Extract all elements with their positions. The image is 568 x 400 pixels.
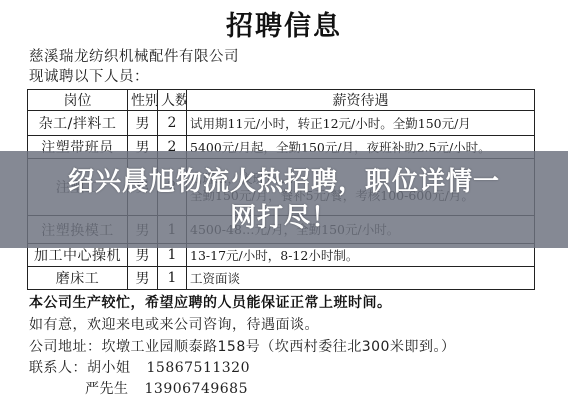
header-count: 人数 xyxy=(158,90,187,111)
header-position: 岗位 xyxy=(28,90,128,111)
contact-phone: 13906749685 xyxy=(145,381,248,397)
headline-line-1: 绍兴晨旭物流火热招聘，职位详情一 xyxy=(0,164,568,200)
contact-line-2: 严先生13906749685 xyxy=(29,378,248,398)
document-title: 招聘信息 xyxy=(0,4,568,43)
note-address: 公司地址：坎墩工业园顺泰路158号（坎西村委往北300米即到。） xyxy=(29,336,455,356)
cell-position: 杂工/拌料工 xyxy=(28,111,128,136)
cell-pay: 工资面谈 xyxy=(187,267,535,290)
contact-label: 联系人： xyxy=(29,360,87,376)
cell-pay: 试用期11元/小时，转正12元/小时。全勤150元/月 xyxy=(187,111,535,136)
hiring-intro: 现诚聘以下人员： xyxy=(29,65,149,86)
contact-line-1: 联系人：胡小姐15867511320 xyxy=(29,357,250,377)
table-row: 磨床工 男 1 工资面谈 xyxy=(28,267,535,290)
cell-gender: 男 xyxy=(128,267,158,290)
cell-position: 磨床工 xyxy=(28,267,128,290)
note-consult: 如有意，欢迎来电或来公司咨询，待遇面谈。 xyxy=(29,314,319,334)
contact-phone: 15867511320 xyxy=(147,360,250,376)
headline-line-2: 网打尽！ xyxy=(0,200,568,236)
table-row: 杂工/拌料工 男 2 试用期11元/小时，转正12元/小时。全勤150元/月 xyxy=(28,111,535,136)
cell-count: 2 xyxy=(158,111,187,136)
cell-count: 1 xyxy=(158,267,187,290)
table-header-row: 岗位 性别 人数 薪资待遇 xyxy=(28,90,535,111)
company-name: 慈溪瑞龙纺织机械配件有限公司 xyxy=(29,45,239,66)
header-pay: 薪资待遇 xyxy=(187,90,535,111)
headline-overlay-text: 绍兴晨旭物流火热招聘，职位详情一 网打尽！ xyxy=(0,164,568,236)
note-busy: 本公司生产较忙，希望应聘的人员能保证正常上班时间。 xyxy=(29,292,392,312)
contact-name: 胡小姐 xyxy=(87,360,131,376)
cell-gender: 男 xyxy=(128,111,158,136)
header-gender: 性别 xyxy=(128,90,158,111)
contact-name: 严先生 xyxy=(85,381,129,397)
